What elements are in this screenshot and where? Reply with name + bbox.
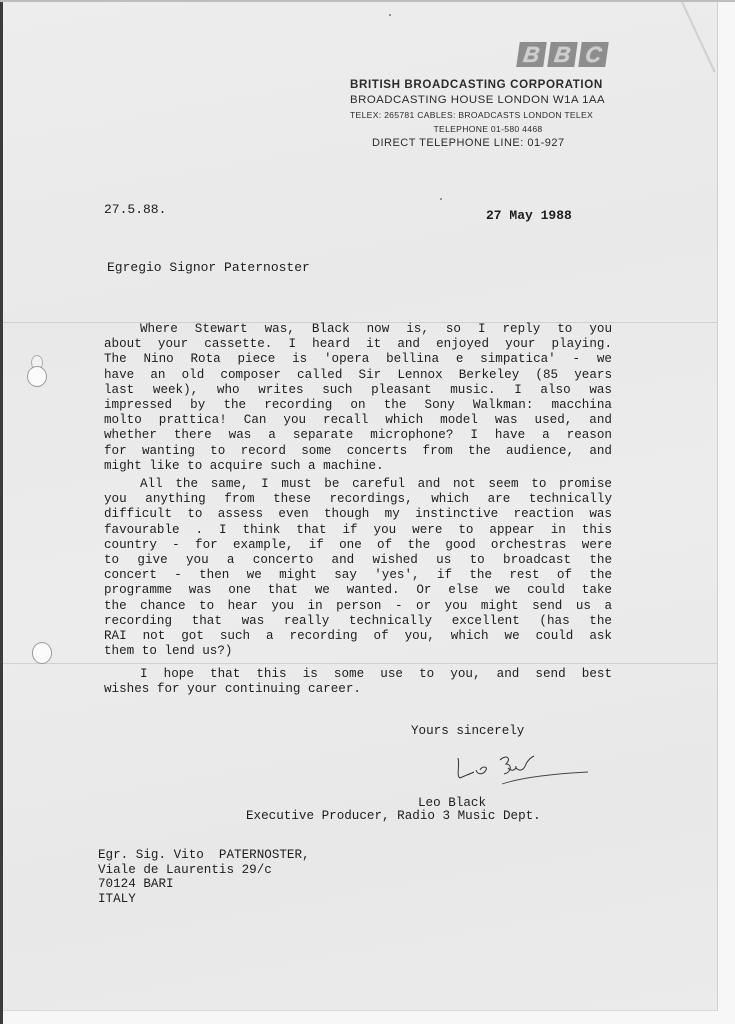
bbc-logo-letter: B [516,42,547,67]
telephone: TELEPHONE 01-580 4468 [350,124,618,134]
body-paragraph-3: I hope that this is some use to you, and… [104,667,612,697]
body-line: them to lend us?) [104,644,612,659]
bbc-logo: B B C [518,42,607,67]
paper-fold [3,663,717,664]
punch-hole [32,642,52,664]
signer-title: Executive Producer, Radio 3 Music Dept. [246,809,541,823]
letterhead: BRITISH BROADCASTING CORPORATION BROADCA… [350,78,618,149]
body-line: wishes for your continuing career. [104,682,612,697]
body-line: recording that was really technically ex… [104,614,612,629]
body-line: you anything from these recordings, whic… [104,492,612,507]
body-line: All the same, I must be careful and not … [104,477,612,492]
body-line: impressed by the recording on the Sony W… [104,398,612,413]
recipient-address: Egr. Sig. Vito PATERNOSTER, Viale de Lau… [98,848,310,906]
body-line: the chance to hear you in person - or yo… [104,599,612,614]
body-line: about your cassette. I heard it and enjo… [104,337,612,352]
body-line: I hope that this is some use to you, and… [104,667,612,682]
direct-telephone-line: DIRECT TELEPHONE LINE: 01-927 [350,137,618,149]
body-line: might like to acquire such a machine. [104,459,612,474]
ink-speck [440,198,442,200]
bbc-logo-letter: B [547,42,578,67]
letter-date: 27 May 1988 [486,208,572,223]
body-line: favourable . I think that if you were to… [104,523,612,538]
body-paragraph-2: All the same, I must be careful and not … [104,477,612,659]
body-line: to give you a concerto and wished us to … [104,553,612,568]
address-line: ITALY [98,892,310,907]
closing: Yours sincerely [411,724,524,738]
body-line: RAI not got such a recording of you, whi… [104,629,612,644]
ink-speck [389,14,391,16]
corporation-name: BRITISH BROADCASTING CORPORATION [350,78,618,91]
body-line: have an old composer called Sir Lennox B… [104,368,612,383]
body-line: difficult to assess even though my insti… [104,507,612,522]
address-line: Viale de Laurentis 29/c [98,863,310,878]
address-line: Egr. Sig. Vito PATERNOSTER, [98,848,310,863]
body-line: for wanting to record some concerts from… [104,444,612,459]
body-line: molto prattica! Can you recall which mod… [104,413,612,428]
signer-name: Leo Black [418,796,486,810]
reference-date: 27.5.88. [104,202,166,217]
body-line: Where Stewart was, Black now is, so I re… [104,322,612,337]
scan-edge-top [0,0,735,2]
body-line: programme was one that we wanted. Or els… [104,583,612,598]
body-line: The Nino Rota piece is 'opera bellina e … [104,352,612,367]
punch-hole [27,366,47,387]
salutation: Egregio Signor Paternoster [107,260,310,275]
body-line: last week), who writes such pleasant mus… [104,383,612,398]
signature-icon [450,748,590,788]
corporation-address: BROADCASTING HOUSE LONDON W1A 1AA [350,94,618,106]
telex-cables: TELEX: 265781 CABLES: BROADCASTS LONDON … [350,110,618,120]
body-paragraph-1: Where Stewart was, Black now is, so I re… [104,322,612,474]
body-line: concert - then we might say 'yes', if th… [104,568,612,583]
bbc-logo-letter: C [578,42,609,67]
body-line: whether there was a separate microphone?… [104,428,612,443]
address-line: 70124 BARI [98,877,310,892]
body-line: country - for example, if one of the goo… [104,538,612,553]
scan-edge [0,0,3,1024]
